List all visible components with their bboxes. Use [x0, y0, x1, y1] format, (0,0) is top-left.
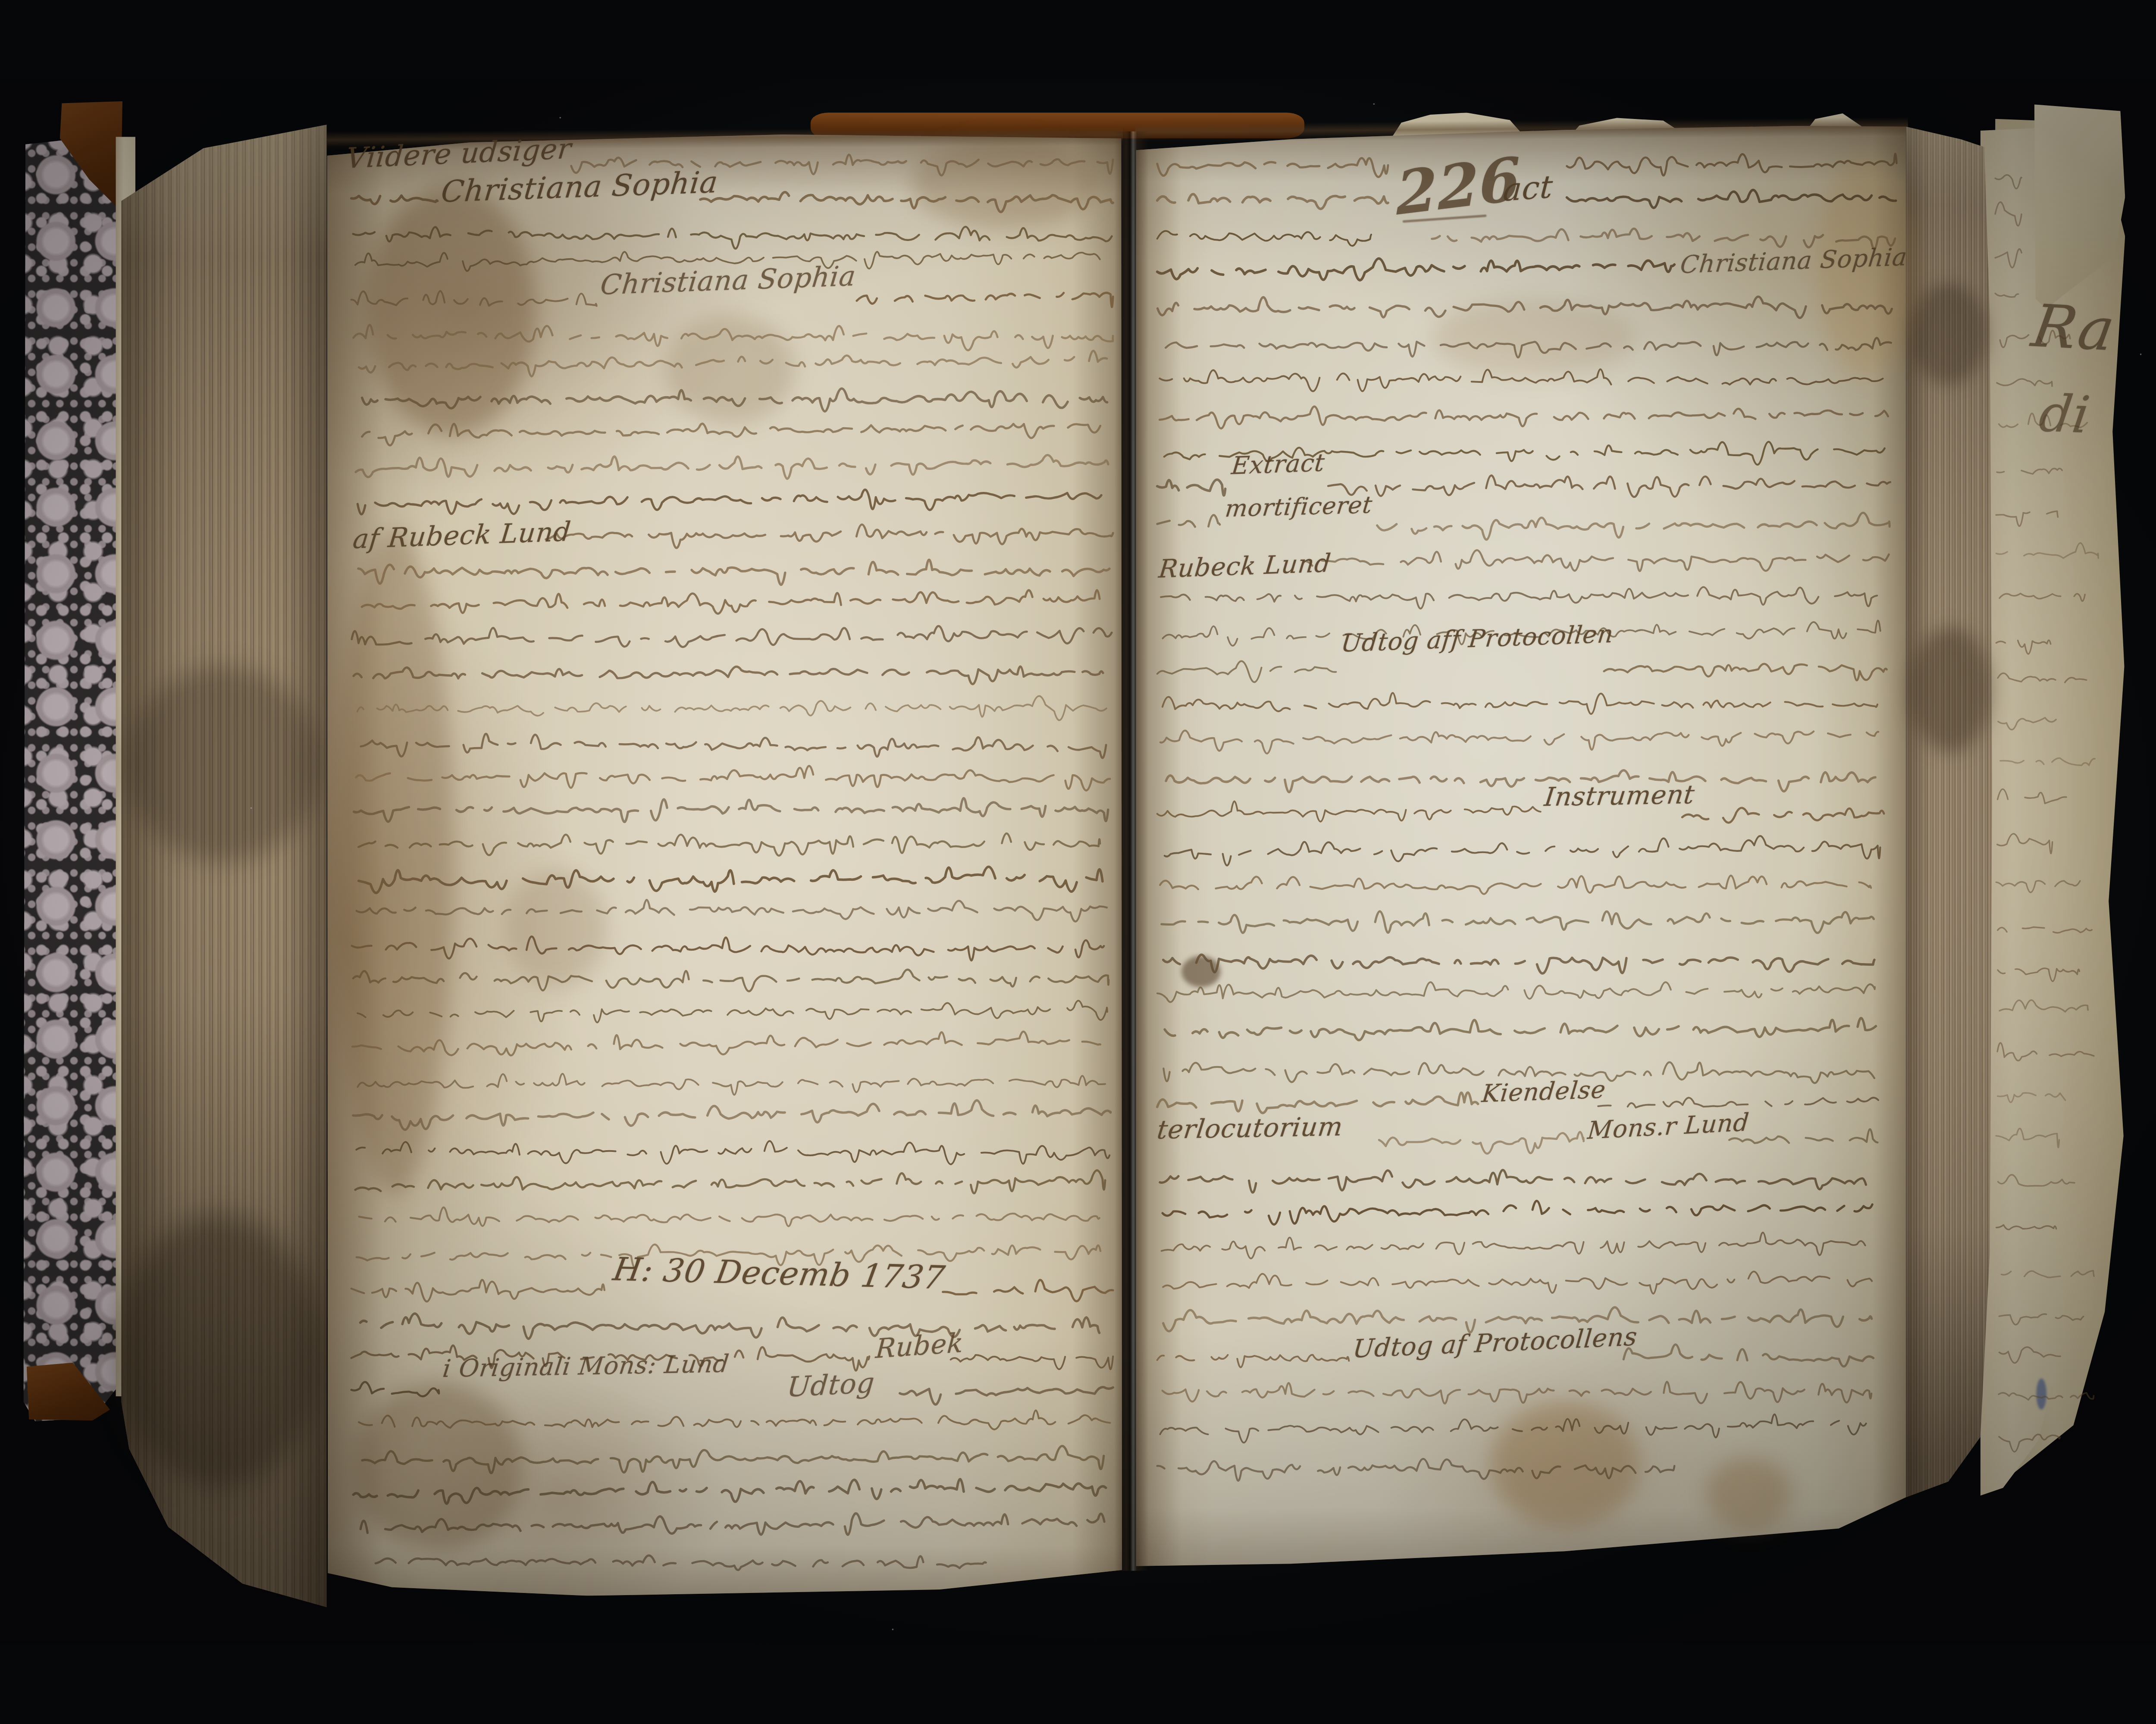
handwriting-fragment: Rubeck Lund	[1157, 551, 1332, 582]
edge-page-fragment: Ra	[2028, 297, 2119, 360]
handwriting-fragment: Rubek	[875, 1330, 965, 1363]
handwriting-fragment: Instrument	[1543, 782, 1696, 810]
page-number: 226	[1396, 149, 1521, 224]
handwriting-fragment: Extract	[1230, 451, 1326, 478]
handwriting-fragment: mortificeret	[1224, 493, 1374, 521]
handwriting-fragment: af Rubeck Lund	[351, 519, 572, 553]
handwriting-ink-layer	[0, 80, 2156, 1644]
handwriting-fragment: terlocutorium	[1156, 1114, 1344, 1143]
handwriting-date: H: 30 Decemb 1737	[611, 1254, 947, 1294]
handwriting-fragment: Kiendelse	[1481, 1077, 1607, 1106]
archival-photo: Viidere udsiger Christiana Sophia Christ…	[0, 80, 2156, 1644]
handwriting-fragment: i Originali Mons: Lund	[442, 1352, 730, 1381]
edge-page-fragment: di	[2036, 388, 2093, 440]
handwriting-fragment: act	[1502, 171, 1554, 206]
handwriting-fragment: Udtog	[786, 1369, 876, 1402]
